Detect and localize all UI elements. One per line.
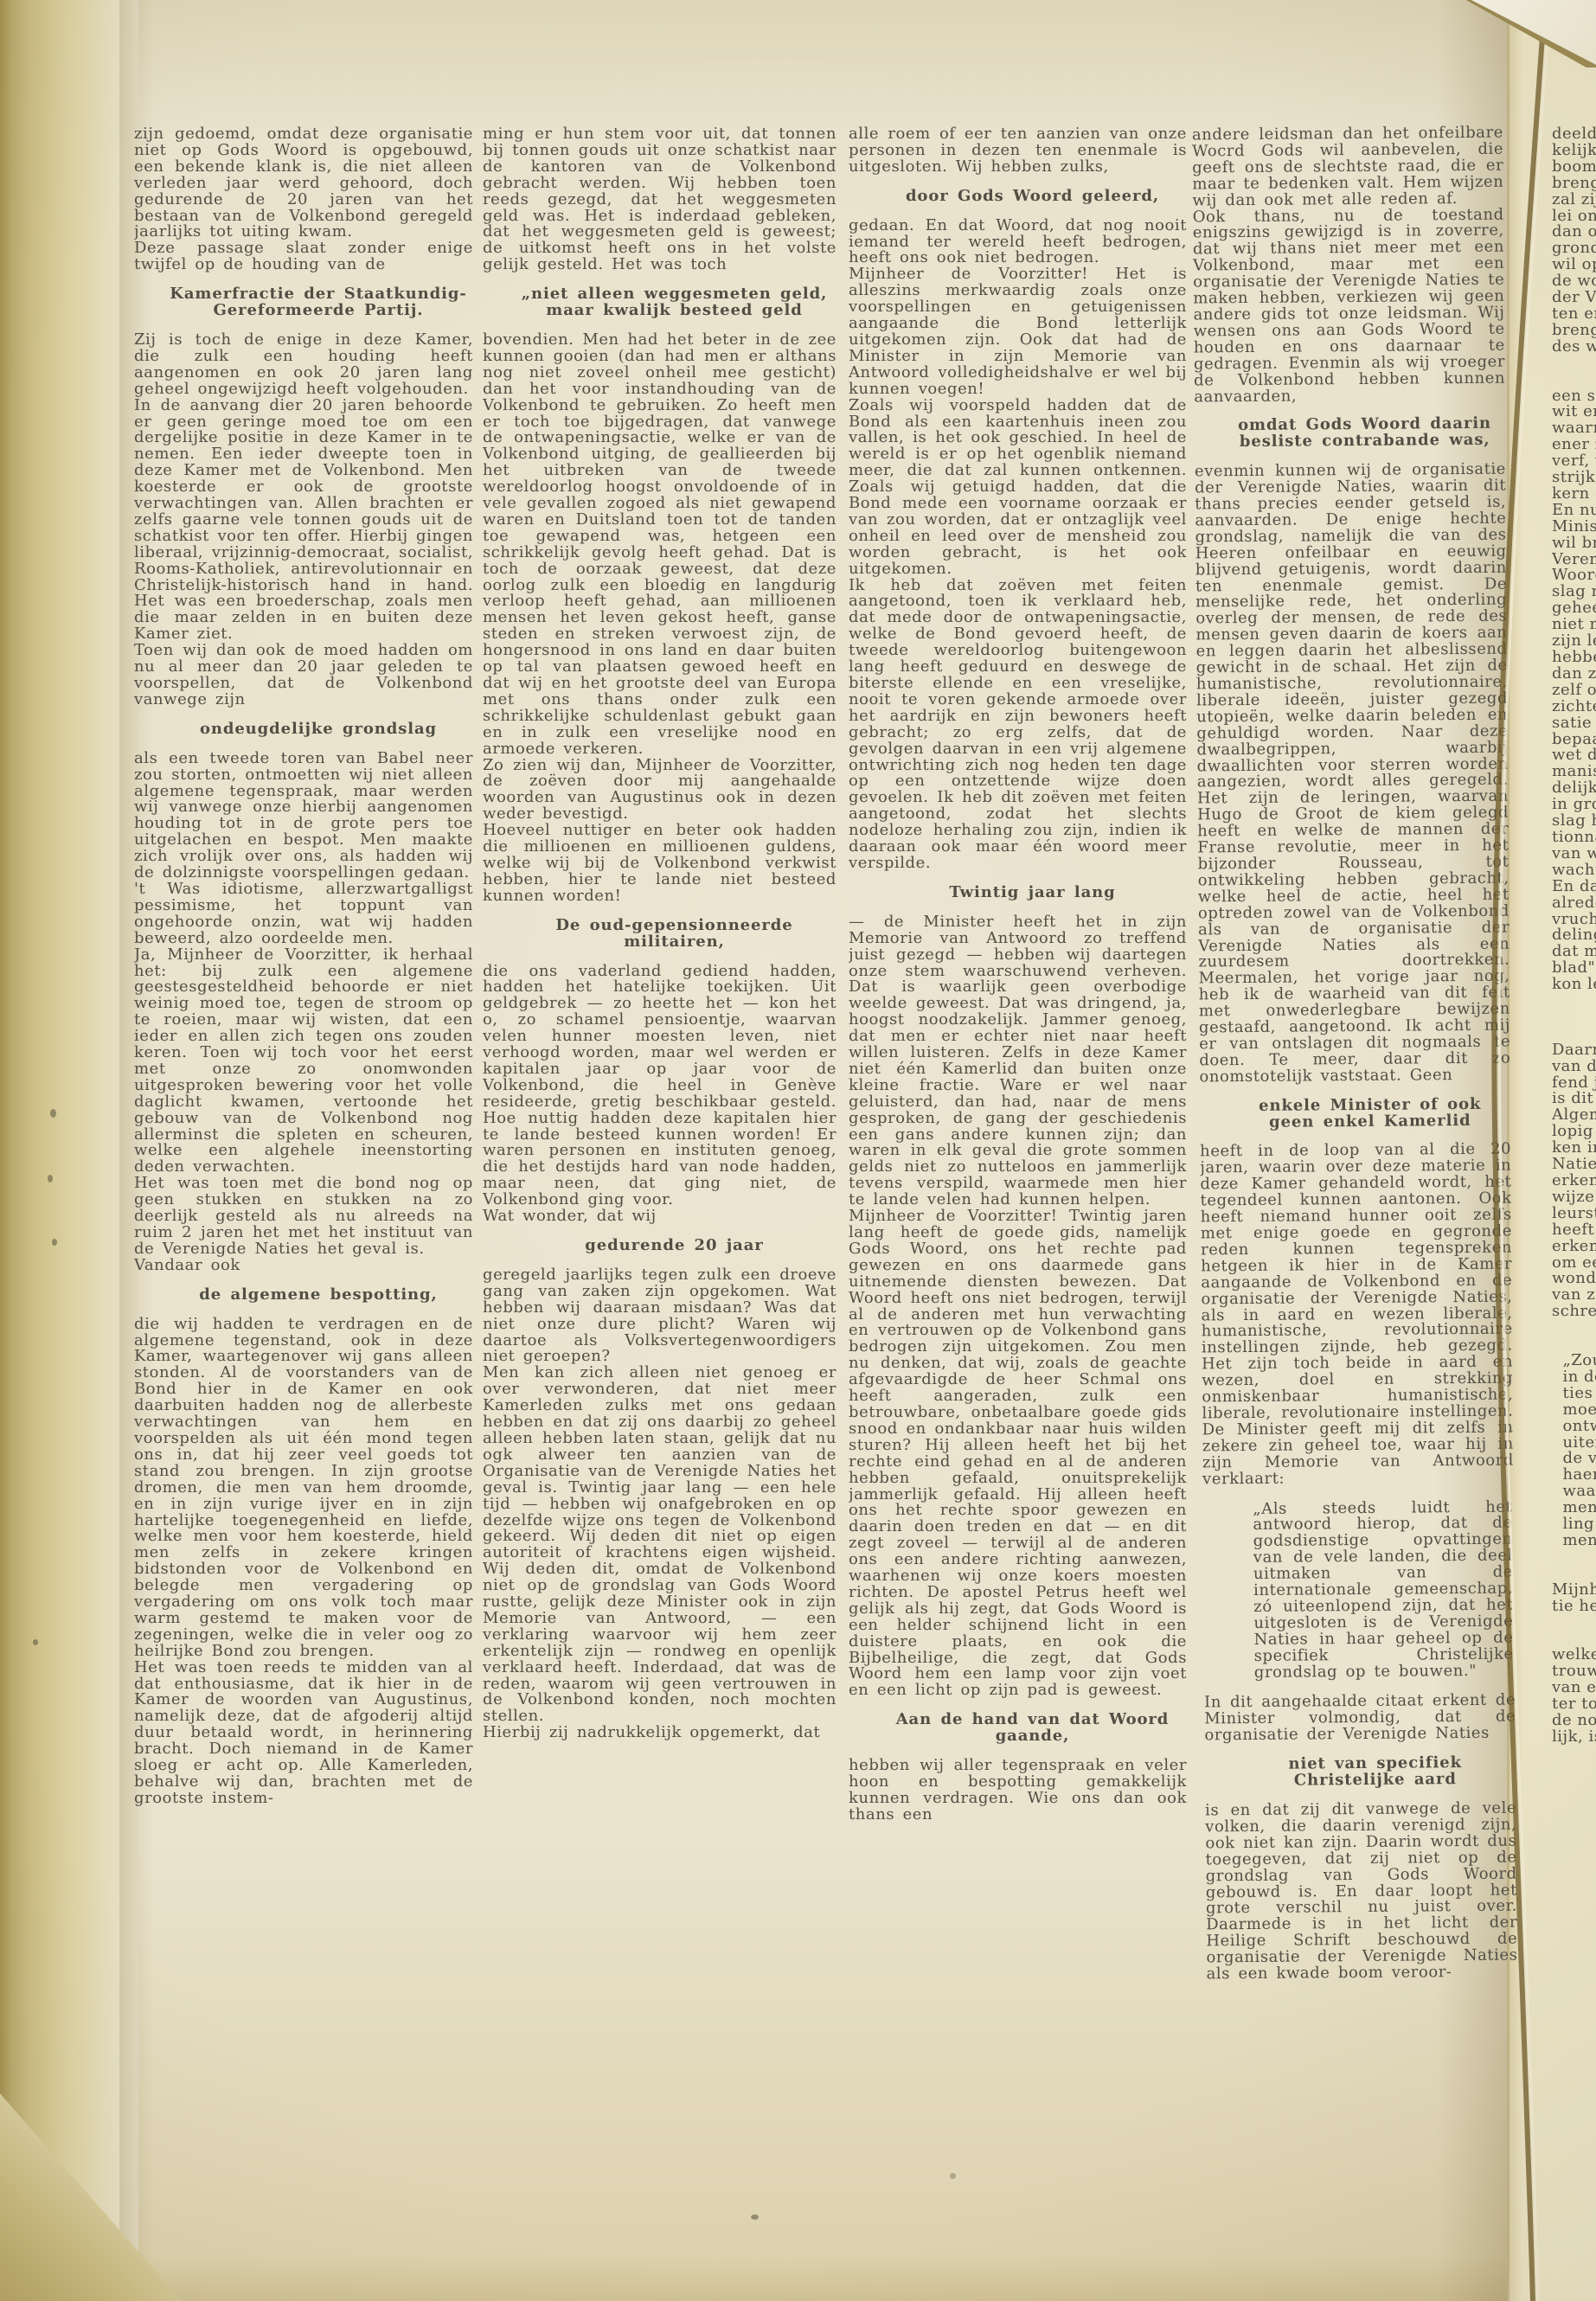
body-paragraph: die wij hadden te verdragen en de algeme… xyxy=(134,1317,473,1660)
body-paragraph: Hoeveel nuttiger en beter ook hadden die… xyxy=(483,823,836,905)
column-heading: Twintig jaar lang xyxy=(883,885,1182,901)
body-paragraph: geregeld jaarlijks tegen zulk een droeve… xyxy=(483,1267,836,1365)
body-paragraph: Zij is toch de enige in deze Kamer, die … xyxy=(134,332,473,398)
block-quote: „Als steeds luidt het antwoord hierop, d… xyxy=(1253,1499,1514,1681)
binding-edge xyxy=(0,0,138,2301)
text-column-2: ming er hun stem voor uit, dat tonnen bi… xyxy=(483,126,836,2147)
body-paragraph: Toen wij dan ook de moed hadden om nu al… xyxy=(134,643,473,708)
column-heading: niet van specifiek Christelijke aard xyxy=(1240,1755,1511,1790)
body-paragraph: Ja, Mijnheer de Voorzitter, ik herhaal h… xyxy=(134,947,473,1176)
cut-off-column-fragments: deeld. kelijk boom brenge zal zij lei on… xyxy=(1552,126,1596,2147)
text-column-4: andere leidsman dan het onfeilbare Wocrd… xyxy=(1192,125,1519,2149)
body-paragraph: ming er hun stem voor uit, dat tonnen bi… xyxy=(483,126,836,273)
body-paragraph: Zo zien wij dan, Mijnheer de Voorzitter,… xyxy=(483,758,836,824)
body-paragraph: Het was toen met die bond nog op geen st… xyxy=(134,1176,473,1258)
body-paragraph: evenmin kunnen wij de organisatie der Ve… xyxy=(1195,462,1511,1086)
column-heading: Aan de hand van dat Woord gaande, xyxy=(883,1712,1182,1745)
binding-mark xyxy=(50,1109,56,1118)
column-heading: ondeugdelijke grondslag xyxy=(169,721,468,738)
text-column-1: zijn gedoemd, omdat deze organisatie nie… xyxy=(134,126,473,2147)
curled-page-corner xyxy=(1458,0,1596,67)
body-paragraph: Het was toen reeds te midden van al dat … xyxy=(134,1660,473,1807)
body-paragraph: In dit aangehaalde citaat erkent de Mini… xyxy=(1204,1693,1516,1745)
column-heading: door Gods Woord geleerd, xyxy=(883,189,1182,205)
body-paragraph: die ons vaderland gediend hadden, hadden… xyxy=(483,964,836,1209)
body-paragraph: als een tweede toren van Babel neer zou … xyxy=(134,751,473,881)
scanned-page-photo: { "page": { "kind_label": "scanned print… xyxy=(0,0,1596,2301)
binding-mark xyxy=(33,1639,38,1645)
binding-mark xyxy=(52,1239,57,1246)
body-paragraph: bovendien. Men had het beter in de zee k… xyxy=(483,332,836,758)
column-heading: de algemene bespotting, xyxy=(169,1287,468,1304)
book-page: zijn gedoemd, omdat deze organisatie nie… xyxy=(0,0,1596,2301)
text-column-3: alle roem of eer ten aanzien van onze pe… xyxy=(849,126,1187,2147)
body-paragraph: Deze passage slaat zonder enige twijfel … xyxy=(134,240,473,273)
body-paragraph: gedaan. En dat Woord, dat nog nooit iema… xyxy=(849,218,1187,267)
column-heading: enkele Minister of ook geen enkel Kamerl… xyxy=(1234,1096,1506,1131)
column-heading: Kamerfractie der Staatkundig-Gereformeer… xyxy=(169,286,468,319)
body-paragraph: — de Minister heeft het in zijn Memorie … xyxy=(849,914,1187,1208)
body-paragraph: Ik heb dat zoëven met feiten aangetoond,… xyxy=(849,578,1187,872)
column-heading: „niet alleen weggesmeten geld, maar kwal… xyxy=(517,286,831,319)
body-paragraph: hebben wij aller tegenspraak en veler ho… xyxy=(849,1758,1187,1823)
paper-speck xyxy=(751,2214,759,2220)
body-paragraph: alle roem of eer ten aanzien van onze pe… xyxy=(849,126,1187,176)
body-paragraph: heeft in de loop van al die 20 jaren, wa… xyxy=(1200,1142,1514,1488)
body-paragraph: Mijnheer de Voorzitter! Het is alleszins… xyxy=(849,266,1187,397)
column-heading: De oud-gepensionneerde militairen, xyxy=(517,918,831,951)
body-paragraph: Wat wonder, dat wij xyxy=(483,1208,836,1225)
body-paragraph: zijn gedoemd, omdat deze organisatie nie… xyxy=(134,126,473,240)
body-paragraph: Ook thans, nu de toestand enigszins gewi… xyxy=(1193,207,1506,406)
body-paragraph: is en dat zij dit vanwege de vele volken… xyxy=(1205,1801,1518,1984)
binding-mark xyxy=(48,1175,53,1183)
body-paragraph: Zoals wij voorspeld hadden dat de Bond a… xyxy=(849,398,1187,578)
body-paragraph: Mijnheer de Voorzitter! Twintig jaren la… xyxy=(849,1208,1187,1699)
body-paragraph: Men kan zich alleen niet genoeg er over … xyxy=(483,1365,836,1725)
body-paragraph: Hierbij zij nadrukkelijk opgemerkt, dat xyxy=(483,1725,836,1741)
body-paragraph: 't Was idiotisme, allerzwartgalligst pes… xyxy=(134,881,473,947)
body-paragraph: Vandaar ook xyxy=(134,1258,473,1274)
body-paragraph: In de aanvang dier 20 jaren behoorde er … xyxy=(134,398,473,644)
paper-speck xyxy=(950,2173,956,2179)
body-paragraph: andere leidsman dan het onfeilbare Wocrd… xyxy=(1192,125,1504,209)
column-heading: gedurende 20 jaar xyxy=(517,1238,831,1254)
column-heading: omdat Gods Woord daarin besliste contrab… xyxy=(1228,416,1500,451)
